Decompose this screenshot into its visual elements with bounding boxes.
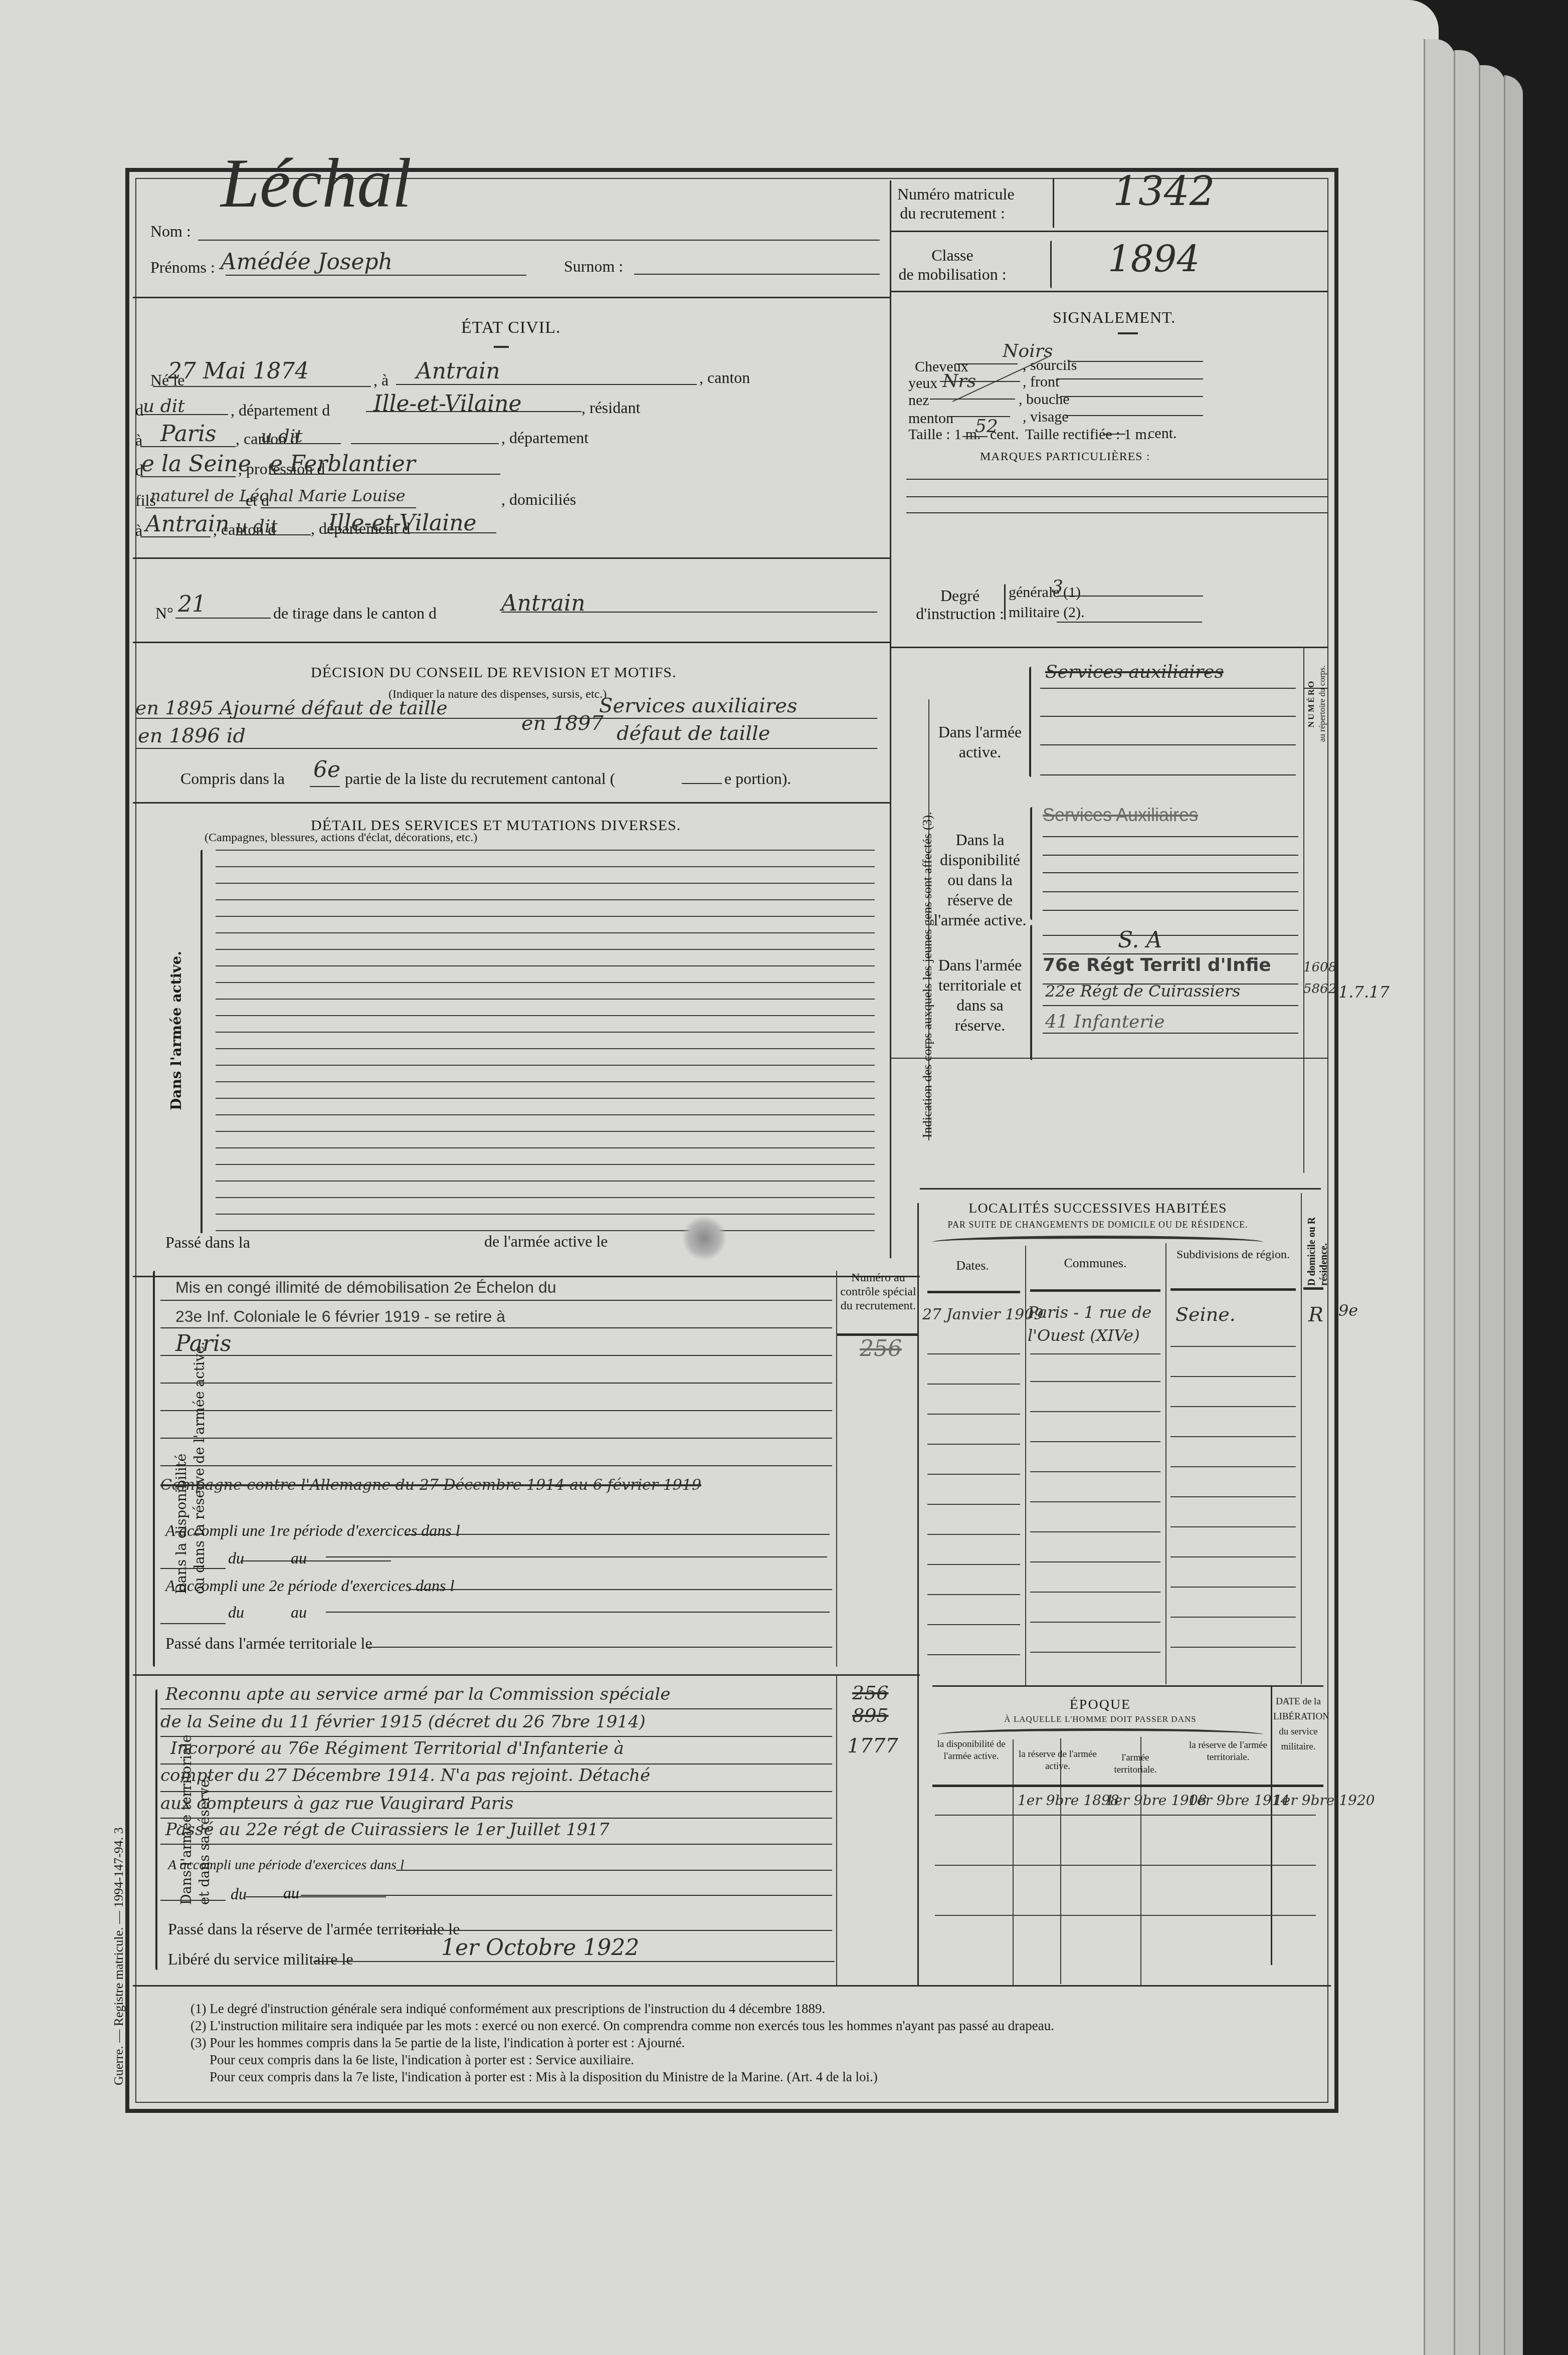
compris-suffix: partie de la liste du recrutement canton… [345, 769, 615, 788]
prenoms-underline [226, 275, 526, 276]
disponibilite-entry-2: 23e Inf. Coloniale le 6 février 1919 - s… [175, 1307, 505, 1326]
liberation-value: 1er 9bre 1920 [1273, 1792, 1375, 1809]
localites-brace [932, 1236, 1263, 1249]
affectation-territoriale-brace [1030, 925, 1032, 1060]
section-divider [133, 297, 890, 298]
taille-label: Taille : 1 m. [908, 426, 981, 443]
territoriale-brace [155, 1689, 157, 1970]
affectation-active-brace [1029, 667, 1031, 777]
localite-extra: 9e [1338, 1301, 1358, 1320]
fils-value: naturel de Léchal Marie Louise [150, 486, 406, 505]
residant-label: , résidant [581, 399, 640, 417]
yeux-label: yeux [908, 375, 937, 392]
disponibilite-side-label: Dans la disponibilité ou dans la réserve… [173, 1341, 209, 1594]
lieu-naissance-value: Antrain [416, 358, 500, 384]
et-d-underline [261, 507, 416, 508]
passe-suffix: de l'armée active le [481, 1232, 611, 1251]
struck-campaign-entry: Campagne contre l'Allemagne du 27 Décemb… [160, 1476, 701, 1494]
classe-divider [891, 291, 1327, 292]
cent2-label: cent. [1148, 425, 1177, 442]
territoriale-entry-2: de la Seine du 11 février 1915 (décret d… [160, 1712, 646, 1732]
footnotes: (1) Le degré d'instruction générale sera… [190, 2000, 1054, 2085]
territoriale-entry-5: aux compteurs à gaz rue Vaugirard Paris [160, 1794, 514, 1814]
territoriale-numero-1: 256 [852, 1682, 889, 1704]
au1-label: au [291, 1549, 307, 1567]
territoriale-numero-2: 895 [852, 1704, 889, 1726]
classe-label-line2: de mobilisation : [897, 265, 1008, 284]
reserve-territoriale-label: Passé dans la réserve de l'armée territo… [168, 1920, 460, 1938]
numero-repertoire-header: NUMÉRO au répertoire du corps. [1306, 665, 1328, 742]
domicilies-label: , domiciliés [501, 490, 576, 509]
territoriale-entry-6: Passé au 22e régt de Cuirassiers le 1er … [165, 1820, 610, 1840]
disponibilite-brace [153, 1271, 155, 1667]
militaire-label: militaire (2). [1009, 604, 1085, 621]
degre-label-line1: Degré [912, 586, 1008, 605]
libere-label: Libéré du service militaire le [168, 1950, 353, 1969]
nom-label: Nom : [150, 222, 191, 241]
disponibilite-entry-1: Mis en congé illimité de démobilisation … [175, 1278, 556, 1297]
du1-label: du [228, 1549, 244, 1567]
localite-type: R [1308, 1303, 1323, 1326]
section-divider [920, 1188, 1321, 1190]
column-divider [917, 1203, 919, 1985]
decision-bracket-year: en 1897 [521, 712, 604, 735]
ne-le-value: 27 Mai 1874 [168, 358, 309, 384]
territoriale-numero-3: 1777 [847, 1734, 898, 1757]
localite-date: 27 Janvier 1909 [922, 1306, 1043, 1323]
page-edge [1504, 75, 1523, 2355]
decision-underline [506, 718, 877, 719]
footnote-4: Pour ceux compris dans la 6e liste, l'in… [190, 2051, 1054, 2068]
decision-bracket-line-1: Services auxiliaires [599, 694, 797, 717]
libere-value: 1er Octobre 1922 [441, 1935, 639, 1960]
column-divider [890, 180, 891, 1258]
matricule-brace [1053, 178, 1054, 228]
section-divider [133, 1674, 920, 1676]
epoque-col-reserve-active: la réserve de l'armée active. [1015, 1748, 1100, 1773]
numero-controle-value: 256 [860, 1336, 902, 1361]
departement2-label: , département [501, 429, 589, 447]
localites-col-communes: Communes. [1028, 1256, 1163, 1271]
decision-title: DÉCISION DU CONSEIL DE REVISION ET MOTIF… [311, 664, 677, 681]
services-brace [201, 850, 203, 1246]
passe-territoriale-label: Passé dans l'armée territoriale le [165, 1634, 372, 1653]
section-divider [891, 647, 1327, 648]
nom-value: Léchal [221, 143, 412, 224]
fils-underline [145, 507, 251, 508]
numero-header-line2: au répertoire du corps. [1317, 665, 1328, 742]
affectation-disponibilite-brace [1030, 807, 1032, 920]
surnom-underline [634, 274, 880, 275]
section-divider [932, 1685, 1323, 1687]
portion-suffix: e portion). [724, 769, 791, 788]
tirage-no-label: N° [155, 604, 173, 623]
territoriale-entry-41: 41 Infanterie [1045, 1012, 1164, 1032]
classe-value: 1894 [1108, 238, 1200, 280]
matricule-label-line1: Numéro matricule [897, 184, 1008, 204]
residence-underline [140, 446, 236, 447]
decision-line-2: en 1896 id [138, 724, 246, 747]
territoriale-date-1-7-17: 1.7.17 [1338, 983, 1390, 1002]
territoriale-entry-22e: 22e Régt de Cuirassiers [1045, 982, 1240, 1001]
disponibilite-entry-3: Paris [175, 1331, 232, 1356]
degre-brace [1004, 584, 1006, 620]
departement-label: , département d [231, 401, 330, 420]
canton-value: u dit [143, 396, 185, 417]
menton-label: menton [908, 410, 953, 427]
territoriale-numero-5862: 5862 [1303, 982, 1336, 997]
lieu-underline [396, 384, 697, 385]
tirage-canton-label: de tirage dans le canton d [273, 604, 437, 623]
compris-label: Compris dans la [180, 769, 285, 788]
bouche-label: , bouche [1019, 391, 1070, 408]
visage-label: , visage [1023, 409, 1069, 426]
nom-underline [198, 240, 880, 241]
localite-commune: Paris - 1 rue de l'Ouest (XIVe) [1028, 1301, 1163, 1347]
periode1-label: A accompli une 1re période d'exercices d… [165, 1521, 460, 1540]
residence-value: Paris [160, 421, 217, 447]
footnote-5: Pour ceux compris dans la 7e liste, l'in… [190, 2068, 1054, 2085]
territoriale-entry-4: compter du 27 Décembre 1914. N'a pas rej… [160, 1765, 650, 1786]
prenoms-label: Prénoms : [150, 258, 215, 277]
classe-label-line1: Classe [897, 246, 1008, 265]
nez-label: nez [908, 392, 929, 409]
services-subtitle: (Campagnes, blessures, actions d'éclat, … [205, 831, 477, 845]
affectation-active-value: Services auxiliaires [1045, 662, 1224, 682]
localites-title: LOCALITÉS SUCCESSIVES HABITÉES [922, 1201, 1273, 1217]
territoriale-numero-1608: 1608 [1303, 960, 1336, 975]
matricule-label-line2: du recrutement : [897, 204, 1008, 223]
canton-label: , canton [699, 368, 750, 387]
surnom-label: Surnom : [564, 257, 623, 276]
a-label: , à [373, 371, 388, 389]
compris-value: 6e [313, 757, 340, 782]
departement3-underline [326, 532, 496, 533]
departement2-value: e la Seine [141, 451, 251, 477]
epoque-col-reserve-territoriale: la réserve de l'armée territoriale. [1188, 1739, 1268, 1763]
decision-bracket-line-2: défaut de taille [617, 722, 770, 745]
cent-label: cent. [990, 426, 1019, 443]
canton-underline [140, 414, 228, 415]
generale-label: générale (1) [1009, 584, 1081, 601]
tirage-no-value: 21 [178, 592, 206, 617]
portion-underline [682, 783, 722, 784]
page-edge [1479, 65, 1505, 2355]
numero-controle-header: Numéro au contrôle spécial du recrutemen… [838, 1271, 918, 1313]
marques-title: MARQUES PARTICULIÈRES : [980, 450, 1150, 464]
footnote-2: (2) L'instruction militaire sera indiqué… [190, 2017, 1054, 2034]
territoriale-entry-3: Incorporé au 76e Régiment Territorial d'… [170, 1738, 624, 1758]
taille-rectifiee-label: Taille rectifiée : 1 m. [1025, 426, 1150, 443]
decision-underline [135, 748, 877, 749]
departement-underline [366, 411, 581, 412]
epoque-col-territoriale: l'armée territoriale. [1103, 1752, 1168, 1776]
disponibilite-side-label-line2: ou dans la réserve de l'armée active. [191, 1341, 209, 1594]
margin-imprint: Guerre. — Registre matricule. — 1994-147… [111, 1827, 126, 2085]
profession-underline [270, 474, 500, 475]
du2-label: du [228, 1603, 244, 1622]
localites-col-domicile: D domicile ou R résidence. [1306, 1201, 1330, 1286]
territoriale-au-label: au [283, 1884, 299, 1902]
canton3-underline [236, 534, 311, 535]
territoriale-periode-label: A accompli une période d'exercices dans … [168, 1857, 404, 1873]
matricule-divider [891, 231, 1327, 232]
canton2-underline-b [351, 443, 499, 444]
signalement-title: SIGNALEMENT. [1053, 308, 1175, 327]
liberation-header: DATE de la LIBÉRATION du service militai… [1273, 1694, 1323, 1754]
localites-col-dates: Dates. [922, 1258, 1023, 1273]
localites-subtitle: PAR SUITE DE CHANGEMENTS DE DOMICILE OU … [922, 1220, 1273, 1230]
affectation-territoriale-label: Dans l'armée territoriale et dans sa rés… [932, 955, 1028, 1035]
ne-le-underline [153, 386, 371, 387]
section-divider [133, 557, 890, 559]
epoque-value-reserve-active: 1er 9bre 1898 [1018, 1792, 1119, 1809]
canton3-value: u dit [236, 516, 278, 537]
section-divider [133, 1276, 920, 1277]
numero-column-divider [1303, 647, 1304, 1173]
etat-civil-title: ÉTAT CIVIL. [461, 318, 560, 337]
numero-header-line1: NUMÉRO [1306, 665, 1317, 742]
footnote-1: (1) Le degré d'instruction générale sera… [190, 2000, 1054, 2017]
services-side-label: Dans l'armée active. [168, 951, 184, 1110]
territoriale-stamp-76e: 76e Régt Territl d'Infie [1043, 955, 1271, 975]
matricule-label: Numéro matricule du recrutement : [897, 184, 1008, 223]
footnote-3: (3) Pour les hommes compris dans la 5e p… [190, 2034, 1054, 2051]
disponibilite-side-label-line1: Dans la disponibilité [173, 1341, 191, 1594]
localites-col-subdivisions: Subdivisions de région. [1168, 1248, 1298, 1262]
tirage-canton-underline [501, 612, 877, 613]
d-label: d [135, 401, 143, 420]
territoriale-du-label: du [231, 1885, 247, 1903]
profession-value: e Ferblantier [270, 451, 416, 477]
matricule-value: 1342 [1113, 168, 1215, 215]
page-edge [1454, 50, 1480, 2355]
degre-label: Degré d'instruction : [912, 586, 1008, 623]
epoque-col-disponibilite: la disponibilité de l'armée active. [932, 1738, 1010, 1762]
canton2-underline [261, 443, 341, 444]
classe-label: Classe de mobilisation : [897, 246, 1008, 284]
title-dash [494, 346, 509, 348]
generale-value: 3 [1052, 576, 1063, 597]
numero-divider [836, 1674, 837, 1985]
domicile-underline [140, 536, 211, 537]
numero-divider [836, 1271, 837, 1667]
decision-line-1: en 1895 Ajourné défaut de taille [135, 697, 448, 719]
epoque-title: ÉPOQUE [932, 1697, 1268, 1713]
classe-brace [1050, 241, 1052, 288]
affectation-disponibilite-value: Services Auxiliaires [1043, 805, 1198, 826]
ink-smudge [682, 1216, 727, 1261]
section-divider [133, 642, 890, 643]
territoriale-entry-1: Reconnu apte au service armé par la Comm… [165, 1684, 670, 1704]
section-divider [133, 802, 890, 804]
tirage-underline [175, 618, 271, 619]
decision-underline [135, 718, 506, 719]
au2-label: au [291, 1603, 307, 1622]
passe-label: Passé dans la [165, 1233, 253, 1252]
degre-label-line2: d'instruction : [912, 605, 1008, 623]
departement-value: Ille-et-Vilaine [373, 391, 522, 417]
prenoms-value: Amédée Joseph [221, 249, 393, 275]
localite-subdivision: Seine. [1175, 1303, 1236, 1325]
affectation-active-label: Dans l'armée active. [932, 722, 1028, 762]
footnote-divider [133, 1985, 1331, 1987]
front-label: , front [1023, 373, 1059, 390]
compris-underline [310, 786, 340, 787]
territoriale-entry-sa: S. A [1118, 927, 1162, 953]
epoque-subtitle: À LAQUELLE L'HOMME DOIT PASSER DANS [932, 1714, 1268, 1724]
departement2-underline [140, 476, 236, 477]
page-edge [1424, 39, 1455, 2355]
periode2-label: A accompli une 2e période d'exercices da… [165, 1577, 454, 1595]
affectation-disponibilite-label: Dans la disponibilité ou dans la réserve… [932, 830, 1028, 930]
